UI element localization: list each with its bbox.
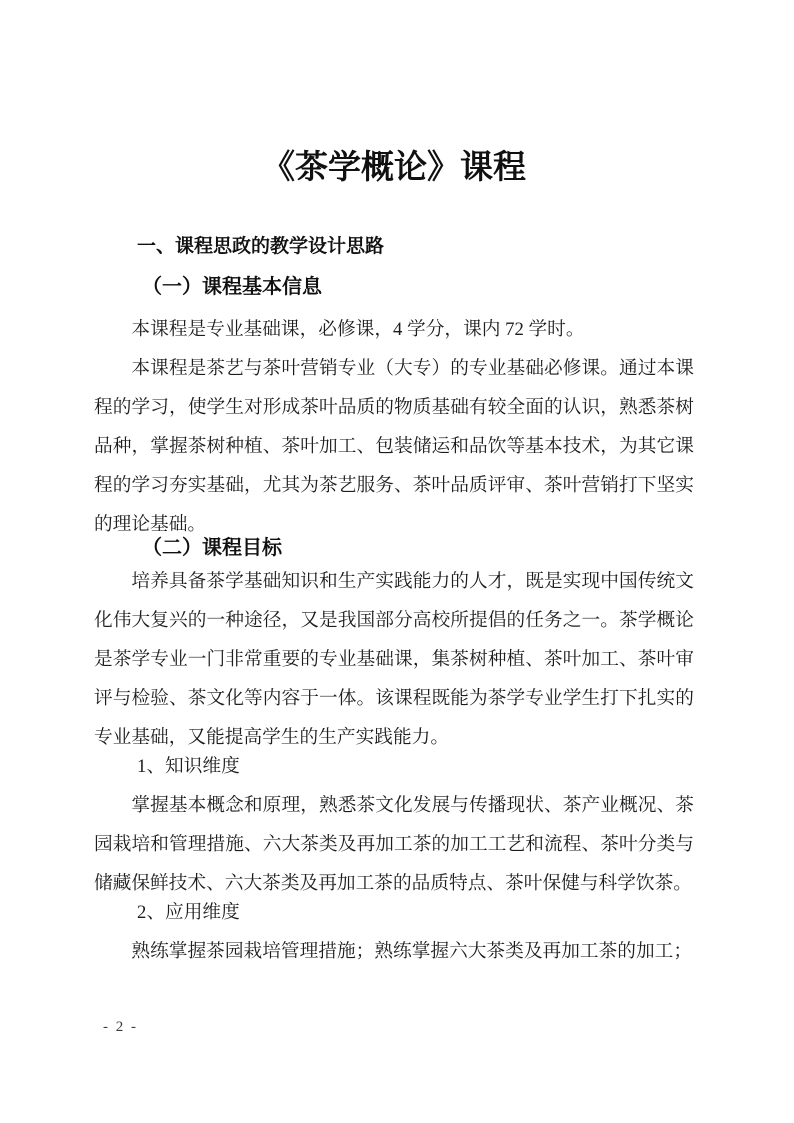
subsection-heading-course-goals: （二）课程目标 <box>94 534 694 562</box>
paragraph-knowledge-dimension: 掌握基本概念和原理，熟悉茶文化发展与传播现状、茶产业概况、茶园栽培和管理措施、六… <box>94 786 694 903</box>
document-content: 《茶学概论》课程 一、课程思政的教学设计思路 （一）课程基本信息 本课程是专业基… <box>94 0 694 971</box>
document-page: 《茶学概论》课程 一、课程思政的教学设计思路 （一）课程基本信息 本课程是专业基… <box>0 0 794 1123</box>
paragraph-course-credits: 本课程是专业基础课，必修课，4 学分，课内 72 学时。 <box>94 310 694 349</box>
document-title: 《茶学概论》课程 <box>94 145 694 189</box>
paragraph-course-goals: 培养具备茶学基础知识和生产实践能力的人才，既是实现中国传统文化伟大复兴的一种途径… <box>94 562 694 757</box>
page-number: - 2 - <box>103 1017 138 1037</box>
paragraph-application-dimension: 熟练掌握茶园栽培管理措施；熟练掌握六大茶类及再加工茶的加工； <box>94 932 694 971</box>
paragraph-course-overview: 本课程是茶艺与茶叶营销专业（大专）的专业基础必修课。通过本课程的学习，使学生对形… <box>94 349 694 544</box>
section-heading-teaching-design: 一、课程思政的教学设计思路 <box>94 233 694 260</box>
subsection-heading-basic-info: （一）课程基本信息 <box>94 273 694 301</box>
